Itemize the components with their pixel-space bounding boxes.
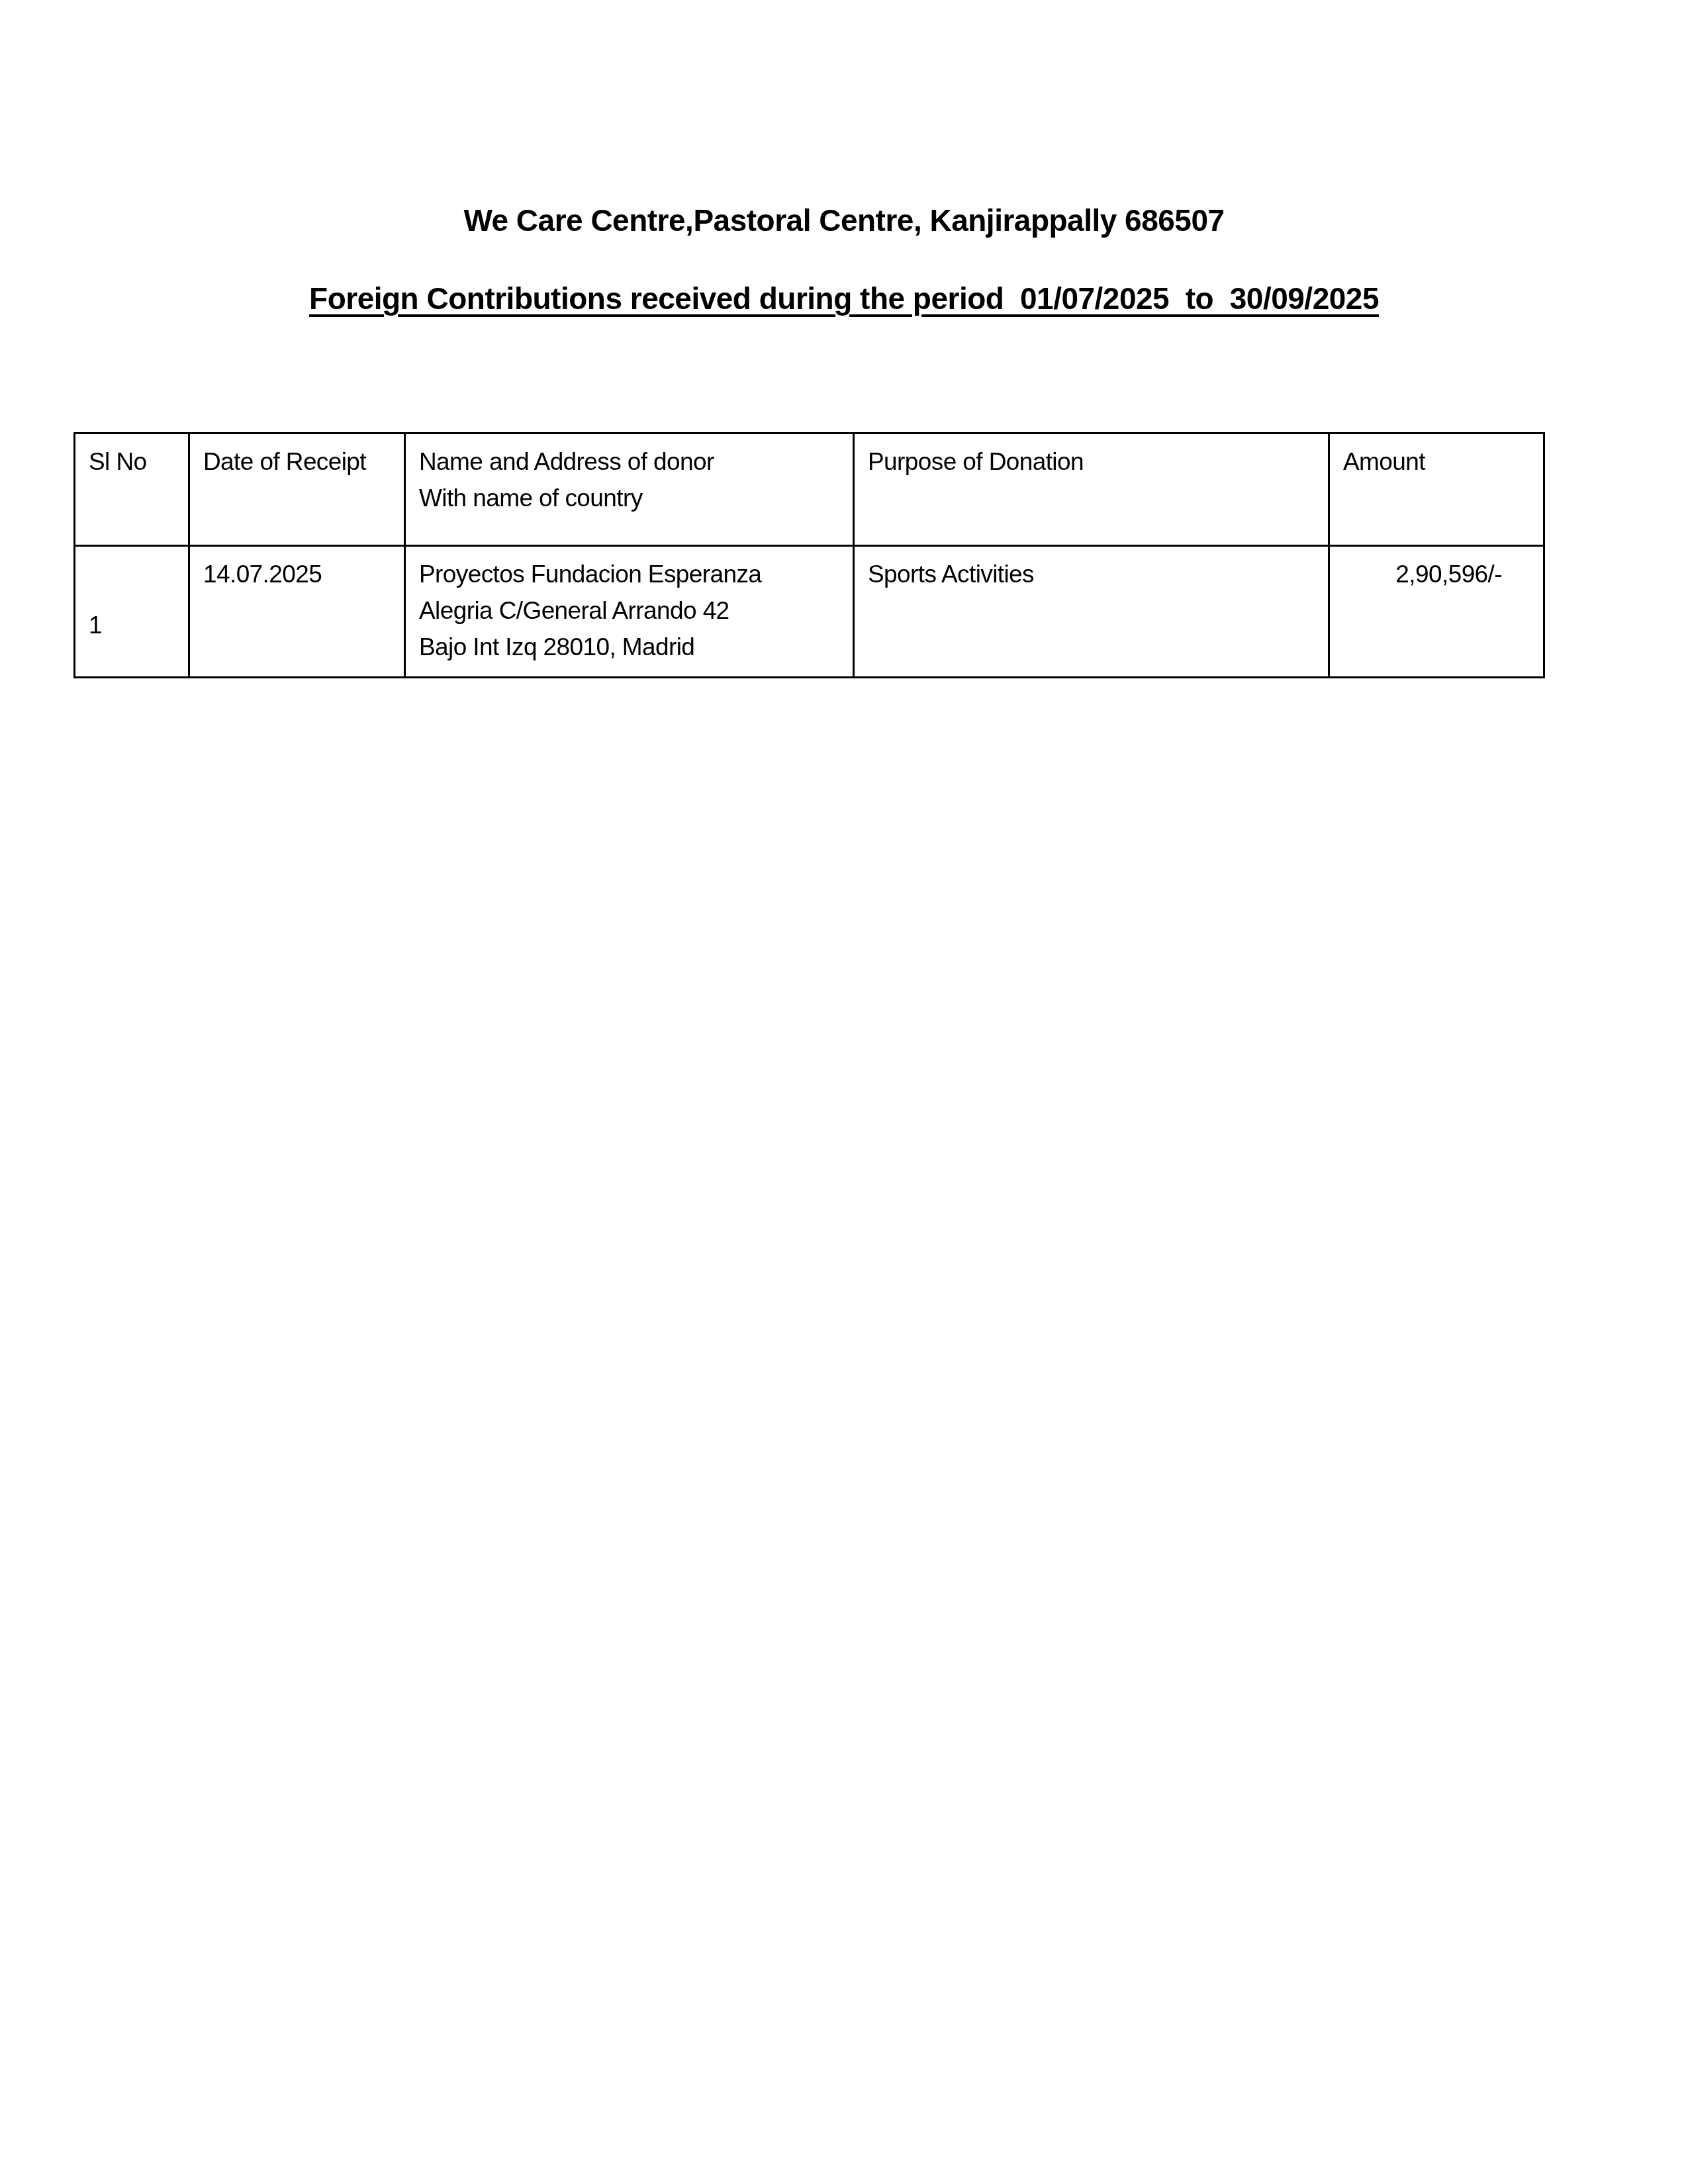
cell-purpose: Sports Activities <box>854 546 1329 678</box>
header-date-of-receipt: Date of Receipt <box>189 433 405 546</box>
organization-title: We Care Centre,Pastoral Centre, Kanjirap… <box>0 203 1688 238</box>
header-purpose: Purpose of Donation <box>854 433 1329 546</box>
period-title-text: Foreign Contributions received during th… <box>309 281 1379 316</box>
foreign-contributions-table: Sl No Date of Receipt Name and Address o… <box>73 432 1545 678</box>
cell-sl-no: 1 <box>75 546 189 678</box>
header-donor: Name and Address of donor With name of c… <box>405 433 854 546</box>
cell-donor: Proyectos Fundacion Esperanza Alegria C/… <box>405 546 854 678</box>
header-sl-no: Sl No <box>75 433 189 546</box>
table-header-row: Sl No Date of Receipt Name and Address o… <box>75 433 1544 546</box>
period-title: Foreign Contributions received during th… <box>0 281 1688 316</box>
cell-date: 14.07.2025 <box>189 546 405 678</box>
header-amount: Amount <box>1329 433 1544 546</box>
cell-amount: 2,90,596/- <box>1329 546 1544 678</box>
table-row: 1 14.07.2025 Proyectos Fundacion Esperan… <box>75 546 1544 678</box>
